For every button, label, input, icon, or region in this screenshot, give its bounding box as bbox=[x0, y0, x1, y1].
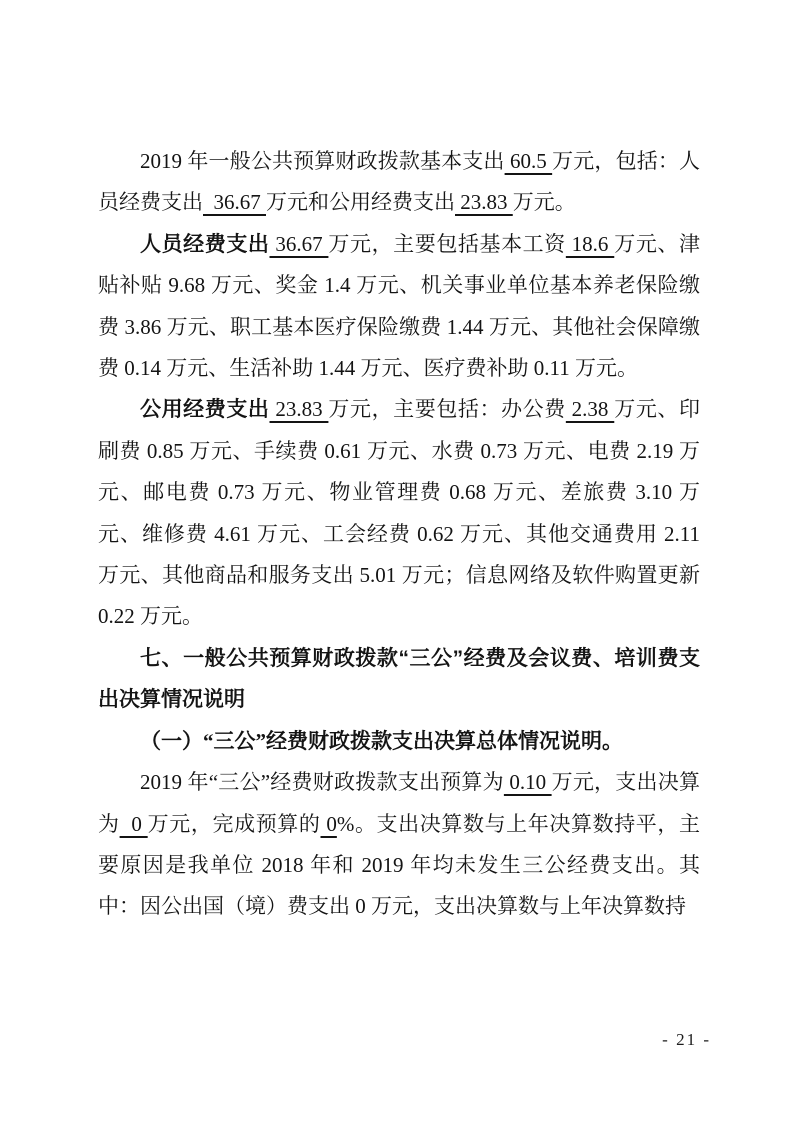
text-run: 万元，完成预算的 bbox=[148, 812, 321, 836]
underlined-value: 0.10 bbox=[504, 770, 552, 794]
text-run: 万元和公用经费支出 bbox=[266, 190, 455, 214]
underlined-value: 23.83 bbox=[455, 190, 513, 214]
text-run: 2019 年一般公共预算财政拨款基本支出 bbox=[140, 149, 505, 173]
text-run: 万元，主要包括：办公费 bbox=[328, 397, 565, 421]
heading-subsection-one: （一）“三公”经费财政拨款支出决算总体情况说明。 bbox=[98, 721, 700, 762]
underlined-value: 36.67 bbox=[203, 190, 266, 214]
underlined-value: 60.5 bbox=[505, 149, 553, 173]
text-run: 万元、印刷费 0.85 万元、手续费 0.61 万元、水费 0.73 万元、电费… bbox=[98, 397, 700, 628]
page-number: - 21 - bbox=[662, 1028, 711, 1052]
text-run: 万元，主要包括基本工资 bbox=[328, 232, 565, 256]
text-run: 2019 年“三公”经费财政拨款支出预算为 bbox=[140, 770, 504, 794]
underlined-value: 0 bbox=[120, 812, 148, 836]
para-basic-expenditure-summary: 2019 年一般公共预算财政拨款基本支出 60.5 万元，包括：人员经费支出 3… bbox=[98, 141, 700, 224]
text-run: 万元，支出决 bbox=[552, 770, 679, 794]
document-content: 2019 年一般公共预算财政拨款基本支出 60.5 万元，包括：人员经费支出 3… bbox=[98, 141, 700, 928]
heading-section-seven: 七、一般公共预算财政拨款“三公”经费及会议费、培训费支出决算情况说明 bbox=[98, 638, 700, 721]
underlined-value: 0 bbox=[321, 812, 337, 836]
underlined-value: 18.6 bbox=[566, 232, 614, 256]
text-run: 人员经费支出 bbox=[140, 232, 270, 256]
text-run: 公用经费支出 bbox=[140, 397, 270, 421]
underlined-value: 23.83 bbox=[270, 397, 329, 421]
text-run: 七、一般公共预算财政拨款“三公”经费及会议费、培训费支出决算情况说明 bbox=[98, 647, 700, 711]
text-run: 万元。 bbox=[513, 190, 576, 214]
para-sangong-expenses: 2019 年“三公”经费财政拨款支出预算为 0.10 万元，支出决算为 0 万元… bbox=[98, 762, 700, 928]
para-public-expenses: 公用经费支出 23.83 万元，主要包括：办公费 2.38 万元、印刷费 0.8… bbox=[98, 389, 700, 637]
underlined-value: 2.38 bbox=[566, 397, 614, 421]
underlined-value: 36.67 bbox=[270, 232, 329, 256]
document-page: 2019 年一般公共预算财政拨款基本支出 60.5 万元，包括：人员经费支出 3… bbox=[0, 0, 793, 1122]
para-personnel-expenses: 人员经费支出 36.67 万元，主要包括基本工资 18.6 万元、津贴补贴 9.… bbox=[98, 224, 700, 390]
text-run: （一）“三公”经费财政拨款支出决算总体情况说明。 bbox=[140, 729, 623, 753]
